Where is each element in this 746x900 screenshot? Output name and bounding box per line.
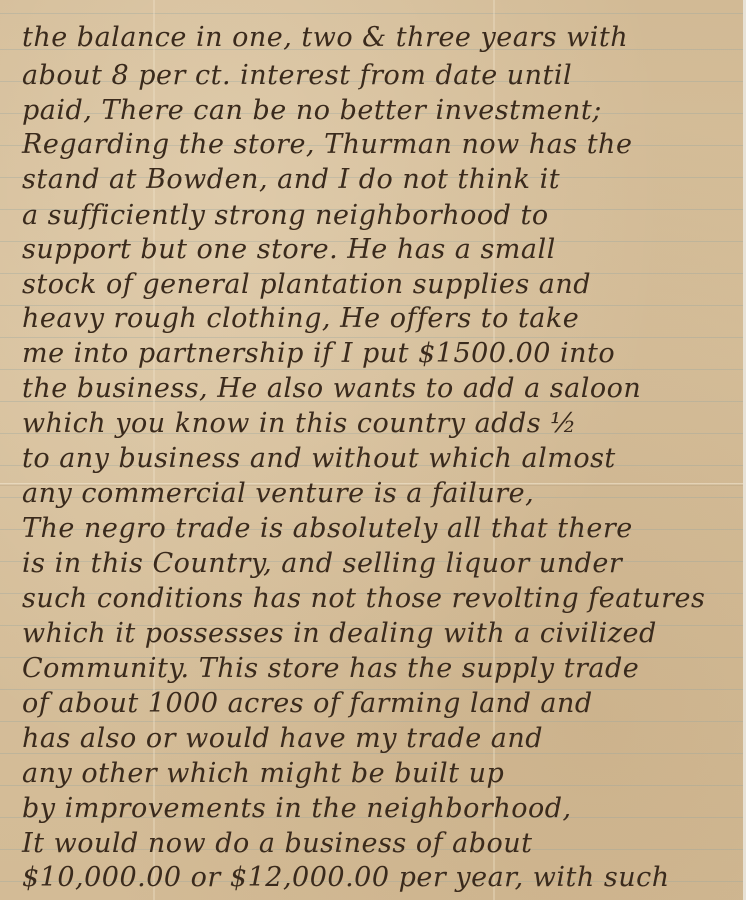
text-line: stock of general plantation supplies and (22, 269, 732, 300)
text-line: is in this Country, and selling liquor u… (22, 548, 732, 579)
text-line: which it possesses in dealing with a civ… (22, 618, 732, 649)
text-line: heavy rough clothing, He offers to take (22, 303, 732, 334)
text-line: about 8 per ct. interest from date until (22, 60, 732, 91)
text-line: Regarding the store, Thurman now has the (22, 129, 732, 160)
text-line: which you know in this country adds ½ (22, 408, 732, 439)
text-line: by improvements in the neighborhood, (22, 793, 732, 824)
text-line: the business, He also wants to add a sal… (22, 373, 732, 404)
text-line: support but one store. He has a small (22, 234, 732, 265)
handwritten-text: the balance in one, two & three years wi… (0, 0, 746, 900)
text-line: me into partnership if I put $1500.00 in… (22, 338, 732, 369)
text-line: a sufficiently strong neighborhood to (22, 200, 732, 231)
text-line: $10,000.00 or $12,000.00 per year, with … (22, 862, 732, 893)
text-line: to any business and without which almost (22, 443, 732, 474)
text-line: the balance in one, two & three years wi… (22, 22, 732, 53)
text-line: has also or would have my trade and (22, 723, 732, 754)
text-line: Community. This store has the supply tra… (22, 653, 732, 684)
text-line: any commercial venture is a failure, (22, 478, 732, 509)
text-line: of about 1000 acres of farming land and (22, 688, 732, 719)
text-line: It would now do a business of about (22, 828, 732, 859)
text-line: paid, There can be no better investment; (22, 95, 732, 126)
text-line: stand at Bowden, and I do not think it (22, 164, 732, 195)
text-line: such conditions has not those revolting … (22, 583, 732, 614)
letter-page: the balance in one, two & three years wi… (0, 0, 746, 900)
text-line: The negro trade is absolutely all that t… (22, 513, 732, 544)
text-line: any other which might be built up (22, 758, 732, 789)
